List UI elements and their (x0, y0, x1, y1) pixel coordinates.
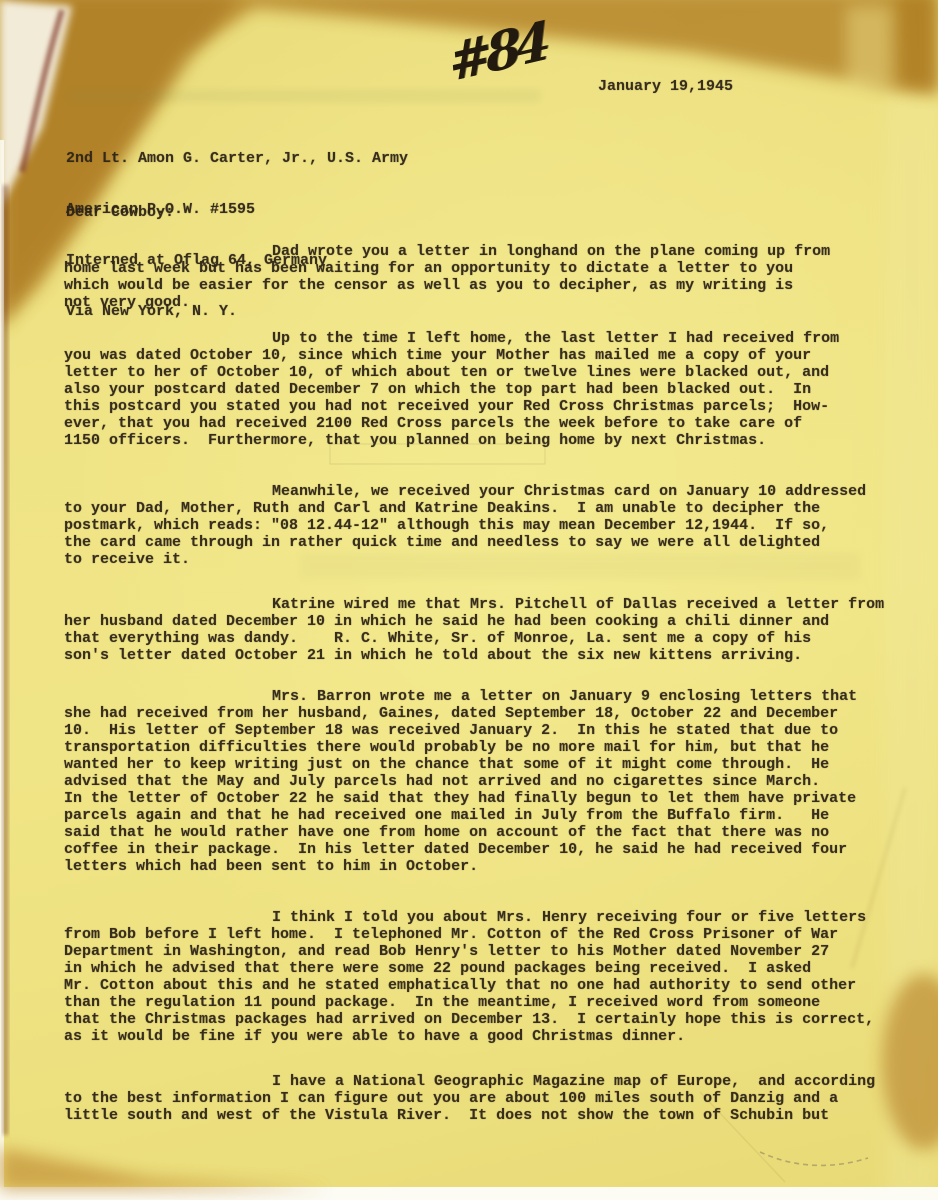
paragraph-3: Meanwhile, we received your Christmas ca… (64, 483, 892, 568)
paragraph-2: Up to the time I left home, the last let… (64, 330, 892, 449)
bottom-scan-white-edge (0, 1187, 938, 1200)
salutation: Dear Cowboy: (66, 204, 174, 221)
recipient-address-block: 2nd Lt. Amon G. Carter, Jr., U.S. Army A… (66, 116, 408, 354)
paragraph-4: Katrine wired me that Mrs. Pitchell of D… (64, 596, 892, 664)
left-scan-white-edge (0, 140, 4, 1190)
paragraph-6: I think I told you about Mrs. Henry rece… (64, 909, 892, 1045)
paragraph-1: Dad wrote you a letter in longhand on th… (64, 243, 892, 311)
letter-date: January 19,1945 (598, 78, 733, 95)
top-right-stain (895, 0, 938, 95)
address-line-name: 2nd Lt. Amon G. Carter, Jr., U.S. Army (66, 150, 408, 167)
paragraph-5: Mrs. Barron wrote me a letter on January… (64, 688, 892, 875)
left-paper-edge-line (3, 185, 8, 1135)
torn-corner-white (0, 0, 72, 208)
ghost-smudge (70, 90, 540, 102)
paragraph-7: I have a National Geographic Magazine ma… (64, 1073, 892, 1124)
top-right-light-notch (846, 6, 892, 90)
torn-corner-edge (22, 10, 62, 172)
scanned-letter-page: #84 January 19,1945 2nd Lt. Amon G. Cart… (0, 0, 938, 1200)
handwritten-number: #84 (447, 11, 547, 95)
bottom-left-stain-wedge (0, 1148, 330, 1190)
right-edge-light-band (886, 0, 938, 1200)
pencil-dashed-mark (760, 1152, 868, 1165)
